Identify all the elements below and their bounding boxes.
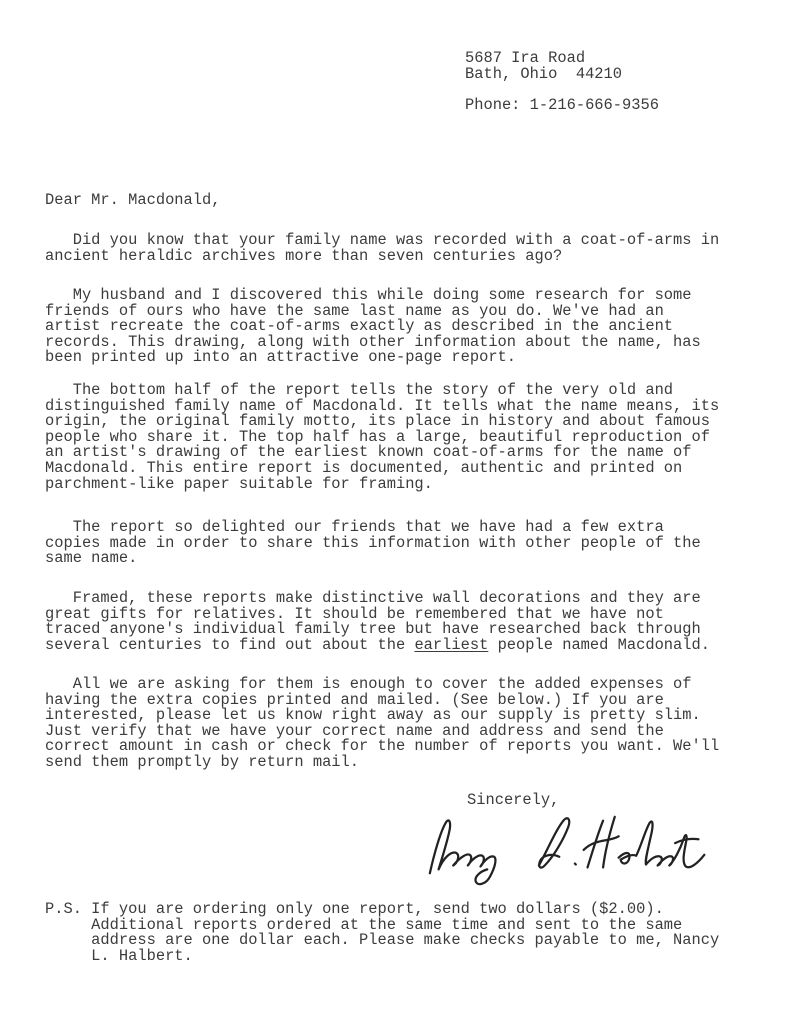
underlined-word-earliest: earliest [414, 636, 488, 654]
postscript: P.S. If you are ordering only one report… [45, 902, 719, 964]
paragraph-extra-copies: The report so delighted our friends that… [45, 520, 701, 567]
sender-address-block: 5687 Ira Road Bath, Ohio 44210 Phone: 1-… [465, 51, 659, 113]
paragraph-report-description: The bottom half of the report tells the … [45, 383, 719, 492]
paragraph-framed: Framed, these reports make distinctive w… [45, 591, 710, 653]
letter-page: 5687 Ira Road Bath, Ohio 44210 Phone: 1-… [0, 0, 791, 1024]
closing-sincerely: Sincerely, [467, 793, 559, 809]
paragraph-framed-after: people named Macdonald. [488, 636, 710, 654]
signature-image: Nancy L. Halbert [424, 808, 716, 886]
salutation: Dear Mr. Macdonald, [45, 193, 220, 209]
paragraph-husband-research: My husband and I discovered this while d… [45, 288, 701, 366]
paragraph-coat-of-arms: Did you know that your family name was r… [45, 233, 719, 264]
paragraph-asking-cover-expenses: All we are asking for them is enough to … [45, 677, 719, 771]
handwritten-signature: Nancy L. Halbert [424, 808, 716, 886]
